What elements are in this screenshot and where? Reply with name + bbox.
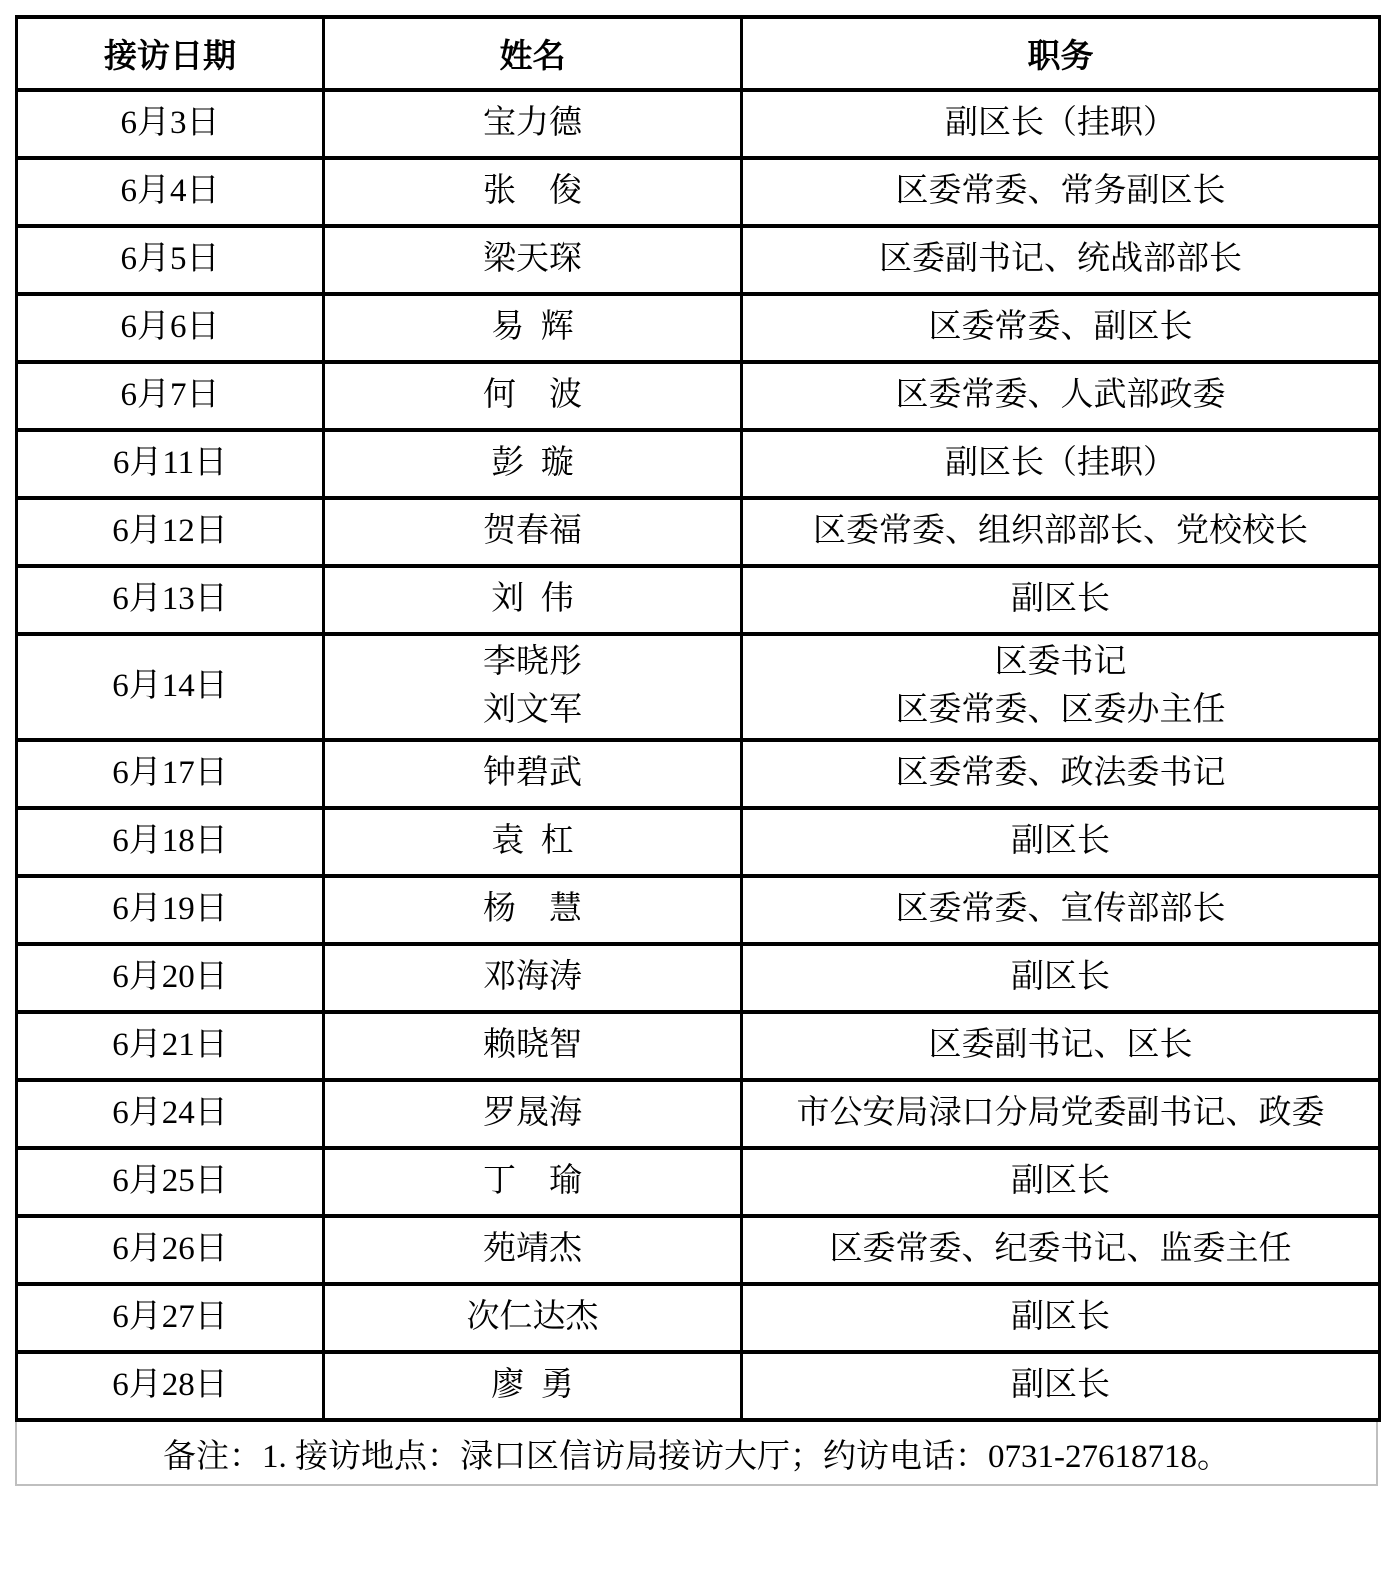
table-row: 6月4日张 俊区委常委、常务副区长	[17, 158, 1380, 226]
table-row: 6月17日钟碧武区委常委、政法委书记	[17, 740, 1380, 808]
position-cell-line: 区委副书记、区长	[743, 1022, 1378, 1070]
date-cell-line: 6月18日	[18, 818, 322, 866]
position-cell-line: 区委书记	[743, 639, 1378, 687]
header-row: 接访日期 姓名 职务	[17, 17, 1380, 90]
date-cell-line: 6月13日	[18, 576, 322, 624]
date-cell-line: 6月27日	[18, 1294, 322, 1342]
position-cell: 区委常委、组织部部长、党校校长	[742, 498, 1380, 566]
date-cell: 6月27日	[17, 1284, 324, 1352]
position-cell: 区委常委、人武部政委	[742, 362, 1380, 430]
date-cell: 6月13日	[17, 566, 324, 634]
table-row: 6月19日杨 慧区委常委、宣传部部长	[17, 876, 1380, 944]
position-cell-line: 区委常委、宣传部部长	[743, 886, 1378, 934]
date-cell-line: 6月21日	[18, 1022, 322, 1070]
date-cell: 6月25日	[17, 1148, 324, 1216]
date-cell-line: 6月26日	[18, 1226, 322, 1274]
date-cell-line: 6月7日	[18, 372, 322, 420]
date-cell-line: 6月17日	[18, 750, 322, 798]
position-cell-line: 副区长	[743, 1158, 1378, 1206]
name-cell-line: 李晓彤	[325, 639, 740, 687]
table-row: 6月5日梁天琛区委副书记、统战部部长	[17, 226, 1380, 294]
name-cell: 彭 璇	[324, 430, 742, 498]
table-body: 6月3日宝力德副区长（挂职）6月4日张 俊区委常委、常务副区长6月5日梁天琛区委…	[17, 90, 1380, 1420]
position-cell: 区委常委、常务副区长	[742, 158, 1380, 226]
name-cell: 赖晓智	[324, 1012, 742, 1080]
position-cell-line: 区委常委、人武部政委	[743, 372, 1378, 420]
date-cell-line: 6月6日	[18, 304, 322, 352]
reception-schedule-document: 接访日期 姓名 职务 6月3日宝力德副区长（挂职）6月4日张 俊区委常委、常务副…	[15, 15, 1378, 1486]
position-cell: 副区长	[742, 808, 1380, 876]
position-cell: 区委常委、政法委书记	[742, 740, 1380, 808]
date-cell: 6月28日	[17, 1352, 324, 1420]
date-cell: 6月5日	[17, 226, 324, 294]
name-cell-line: 宝力德	[325, 100, 740, 148]
position-cell: 区委副书记、区长	[742, 1012, 1380, 1080]
table-header: 接访日期 姓名 职务	[17, 17, 1380, 90]
name-cell-line: 廖 勇	[325, 1362, 740, 1410]
table-row: 6月18日袁 杠副区长	[17, 808, 1380, 876]
date-cell: 6月14日	[17, 634, 324, 740]
date-cell: 6月4日	[17, 158, 324, 226]
position-cell: 区委常委、宣传部部长	[742, 876, 1380, 944]
date-cell: 6月3日	[17, 90, 324, 158]
table-row: 6月26日苑靖杰区委常委、纪委书记、监委主任	[17, 1216, 1380, 1284]
name-cell-line: 杨 慧	[325, 886, 740, 934]
date-cell: 6月7日	[17, 362, 324, 430]
date-cell: 6月26日	[17, 1216, 324, 1284]
name-cell-line: 易 辉	[325, 304, 740, 352]
position-cell: 区委常委、副区长	[742, 294, 1380, 362]
position-cell-line: 副区长	[743, 818, 1378, 866]
position-cell: 市公安局渌口分局党委副书记、政委	[742, 1080, 1380, 1148]
position-cell-line: 区委副书记、统战部部长	[743, 236, 1378, 284]
table-row: 6月13日刘 伟副区长	[17, 566, 1380, 634]
position-cell-line: 副区长	[743, 1294, 1378, 1342]
date-cell: 6月6日	[17, 294, 324, 362]
column-header-name: 姓名	[324, 17, 742, 90]
position-cell: 副区长	[742, 1352, 1380, 1420]
name-cell: 何 波	[324, 362, 742, 430]
notes-text: 备注：1. 接访地点：渌口区信访局接访大厅；约访电话：0731-27618718…	[163, 1430, 1230, 1477]
name-cell-line: 罗晟海	[325, 1090, 740, 1138]
name-cell-line: 丁 瑜	[325, 1158, 740, 1206]
table-row: 6月6日易 辉区委常委、副区长	[17, 294, 1380, 362]
position-cell-line: 市公安局渌口分局党委副书记、政委	[743, 1090, 1378, 1138]
name-cell-line: 刘 伟	[325, 576, 740, 624]
table-row: 6月25日丁 瑜副区长	[17, 1148, 1380, 1216]
name-cell: 罗晟海	[324, 1080, 742, 1148]
date-cell: 6月20日	[17, 944, 324, 1012]
name-cell-line: 张 俊	[325, 168, 740, 216]
name-cell: 贺春福	[324, 498, 742, 566]
position-cell-line: 区委常委、副区长	[743, 304, 1378, 352]
name-cell-line: 邓海涛	[325, 954, 740, 1002]
name-cell: 次仁达杰	[324, 1284, 742, 1352]
date-cell-line: 6月25日	[18, 1158, 322, 1206]
name-cell-line: 彭 璇	[325, 440, 740, 488]
position-cell: 副区长（挂职）	[742, 90, 1380, 158]
name-cell-line: 次仁达杰	[325, 1294, 740, 1342]
name-cell: 杨 慧	[324, 876, 742, 944]
name-cell: 李晓彤刘文军	[324, 634, 742, 740]
date-cell: 6月24日	[17, 1080, 324, 1148]
position-cell-line: 区委常委、纪委书记、监委主任	[743, 1226, 1378, 1274]
table-row: 6月14日李晓彤刘文军区委书记区委常委、区委办主任	[17, 634, 1380, 740]
table-row: 6月28日廖 勇副区长	[17, 1352, 1380, 1420]
date-cell-line: 6月4日	[18, 168, 322, 216]
date-cell-line: 6月5日	[18, 236, 322, 284]
name-cell: 廖 勇	[324, 1352, 742, 1420]
table-row: 6月12日贺春福区委常委、组织部部长、党校校长	[17, 498, 1380, 566]
date-cell-line: 6月24日	[18, 1090, 322, 1138]
date-cell-line: 6月20日	[18, 954, 322, 1002]
position-cell: 区委副书记、统战部部长	[742, 226, 1380, 294]
name-cell-line: 刘文军	[325, 687, 740, 735]
name-cell: 宝力德	[324, 90, 742, 158]
table-row: 6月20日邓海涛副区长	[17, 944, 1380, 1012]
date-cell: 6月17日	[17, 740, 324, 808]
position-cell: 副区长	[742, 1148, 1380, 1216]
position-cell: 副区长	[742, 944, 1380, 1012]
name-cell: 苑靖杰	[324, 1216, 742, 1284]
position-cell-line: 区委常委、政法委书记	[743, 750, 1378, 798]
position-cell: 区委常委、纪委书记、监委主任	[742, 1216, 1380, 1284]
position-cell: 副区长（挂职）	[742, 430, 1380, 498]
table-row: 6月27日次仁达杰副区长	[17, 1284, 1380, 1352]
date-cell-line: 6月14日	[18, 663, 322, 711]
position-cell-line: 区委常委、组织部部长、党校校长	[743, 508, 1378, 556]
position-cell-line: 副区长	[743, 1362, 1378, 1410]
position-cell-line: 区委常委、常务副区长	[743, 168, 1378, 216]
position-cell: 区委书记区委常委、区委办主任	[742, 634, 1380, 740]
name-cell: 张 俊	[324, 158, 742, 226]
position-cell: 副区长	[742, 566, 1380, 634]
name-cell-line: 袁 杠	[325, 818, 740, 866]
column-header-position: 职务	[742, 17, 1380, 90]
name-cell-line: 何 波	[325, 372, 740, 420]
table-row: 6月24日罗晟海市公安局渌口分局党委副书记、政委	[17, 1080, 1380, 1148]
date-cell: 6月18日	[17, 808, 324, 876]
name-cell: 丁 瑜	[324, 1148, 742, 1216]
position-cell: 副区长	[742, 1284, 1380, 1352]
name-cell: 刘 伟	[324, 566, 742, 634]
position-cell-line: 副区长	[743, 954, 1378, 1002]
date-cell-line: 6月3日	[18, 100, 322, 148]
date-cell-line: 6月19日	[18, 886, 322, 934]
name-cell-line: 赖晓智	[325, 1022, 740, 1070]
name-cell-line: 苑靖杰	[325, 1226, 740, 1274]
name-cell: 梁天琛	[324, 226, 742, 294]
date-cell: 6月12日	[17, 498, 324, 566]
position-cell-line: 区委常委、区委办主任	[743, 687, 1378, 735]
name-cell: 易 辉	[324, 294, 742, 362]
position-cell-line: 副区长	[743, 576, 1378, 624]
name-cell: 邓海涛	[324, 944, 742, 1012]
position-cell-line: 副区长（挂职）	[743, 440, 1378, 488]
date-cell: 6月21日	[17, 1012, 324, 1080]
date-cell: 6月19日	[17, 876, 324, 944]
date-cell-line: 6月28日	[18, 1362, 322, 1410]
notes-footer: 备注：1. 接访地点：渌口区信访局接访大厅；约访电话：0731-27618718…	[15, 1422, 1378, 1486]
column-header-date: 接访日期	[17, 17, 324, 90]
name-cell-line: 贺春福	[325, 508, 740, 556]
name-cell-line: 钟碧武	[325, 750, 740, 798]
name-cell: 钟碧武	[324, 740, 742, 808]
table-row: 6月21日赖晓智区委副书记、区长	[17, 1012, 1380, 1080]
position-cell-line: 副区长（挂职）	[743, 100, 1378, 148]
date-cell-line: 6月12日	[18, 508, 322, 556]
name-cell-line: 梁天琛	[325, 236, 740, 284]
table-row: 6月11日彭 璇副区长（挂职）	[17, 430, 1380, 498]
name-cell: 袁 杠	[324, 808, 742, 876]
date-cell: 6月11日	[17, 430, 324, 498]
date-cell-line: 6月11日	[18, 440, 322, 488]
reception-schedule-table: 接访日期 姓名 职务 6月3日宝力德副区长（挂职）6月4日张 俊区委常委、常务副…	[15, 15, 1381, 1422]
table-row: 6月7日何 波区委常委、人武部政委	[17, 362, 1380, 430]
table-row: 6月3日宝力德副区长（挂职）	[17, 90, 1380, 158]
